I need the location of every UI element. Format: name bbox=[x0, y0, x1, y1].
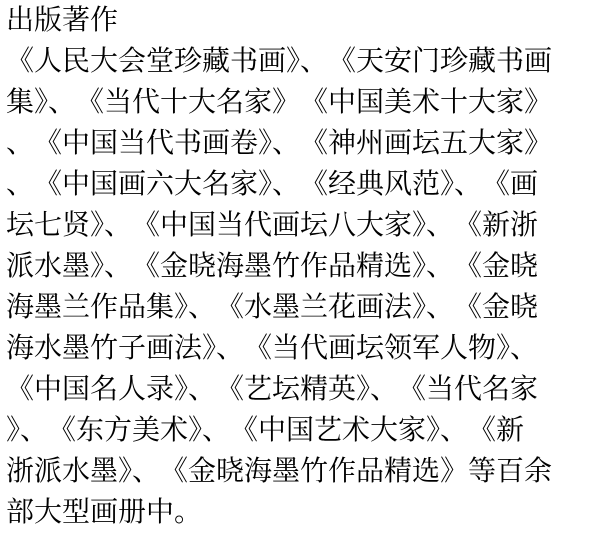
text-line: 坛七贤》、 《中国当代画坛八大家》、 《新浙 bbox=[6, 205, 598, 246]
section-heading: 出版著作 bbox=[6, 0, 598, 41]
text-line: 部大型画册中。 bbox=[6, 492, 598, 533]
text-line: 集》、 《当代十大名家》 《中国美术十大家》 bbox=[6, 82, 598, 123]
text-line: 》、 《东方美术》、 《中国艺术大家》、 《新 bbox=[6, 410, 598, 451]
text-line: 海墨兰作品集》、 《水墨兰花画法》、 《金晓 bbox=[6, 287, 598, 328]
text-line: 派水墨》、 《金晓海墨竹作品精选》、 《金晓 bbox=[6, 246, 598, 287]
text-line: 《中国名人录》、 《艺坛精英》、 《当代名家 bbox=[6, 369, 598, 410]
text-line: 《人民大会堂珍藏书画》、 《天安门珍藏书画 bbox=[6, 41, 598, 82]
text-line: 、 《中国画六大名家》、 《经典风范》、 《画 bbox=[6, 164, 598, 205]
text-line: 浙派水墨》、 《金晓海墨竹作品精选》等百余 bbox=[6, 451, 598, 492]
text-line: 海水墨竹子画法》、 《当代画坛领军人物》、 bbox=[6, 328, 598, 369]
text-line: 、 《中国当代书画卷》、 《神州画坛五大家》 bbox=[6, 123, 598, 164]
document-page: 出版著作 《人民大会堂珍藏书画》、 《天安门珍藏书画 集》、 《当代十大名家》 … bbox=[0, 0, 600, 534]
